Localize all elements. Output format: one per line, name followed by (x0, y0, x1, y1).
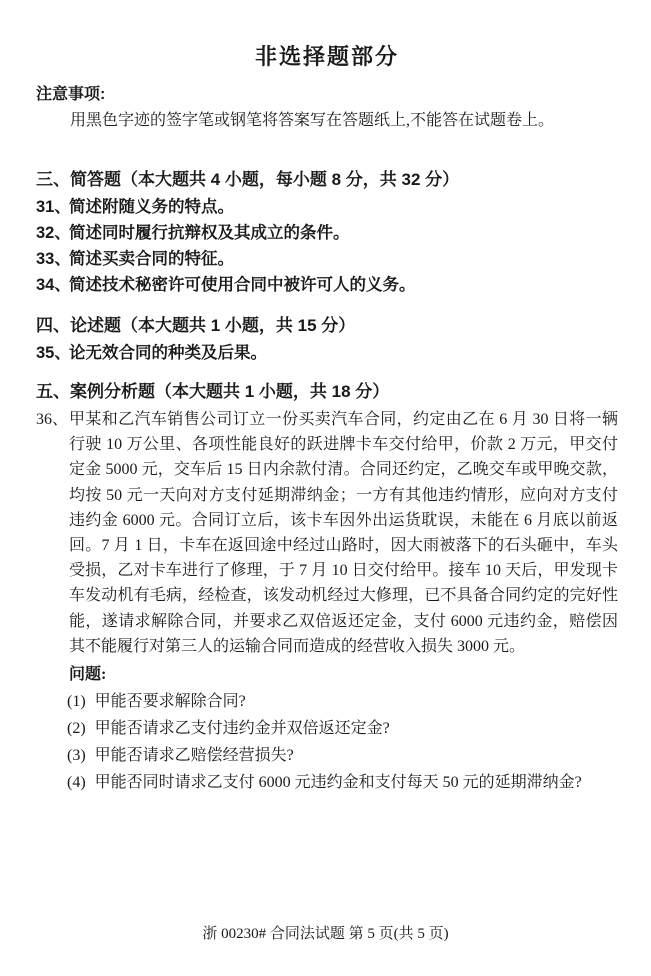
case-subquestion-1: (1) 甲能否要求解除合同? (67, 692, 618, 712)
question-number: 32、 (36, 223, 69, 243)
subquestion-text: 甲能否同时请求乙支付 6000 元违约金和支付每天 50 元的延期滞纳金? (95, 773, 582, 793)
subquestion-number: (1) (67, 692, 86, 712)
subquestion-text: 甲能否要求解除合同? (95, 692, 246, 712)
subquestion-number: (4) (67, 773, 86, 793)
exam-paper-page: 非选择题部分 注意事项: 用黑色字迹的签字笔或钢笔将答案写在答题纸上,不能答在试… (0, 0, 651, 976)
question-text: 简述技术秘密许可使用合同中被许可人的义务。 (69, 275, 416, 295)
question-text: 简述附随义务的特点。 (69, 197, 234, 217)
section-case-analysis: 五、案例分析题（本大题共 1 小题，共 18 分） (36, 381, 618, 403)
case-questions-label: 问题: (69, 665, 618, 685)
question-text: 简述买卖合同的特征。 (69, 249, 234, 269)
subquestion-number: (3) (67, 746, 86, 766)
subquestion-number: (2) (67, 719, 86, 739)
section-case-analysis-heading: 五、案例分析题（本大题共 1 小题，共 18 分） (36, 381, 618, 403)
notice-text: 用黑色字迹的签字笔或钢笔将答案写在答题纸上,不能答在试题卷上。 (70, 111, 618, 131)
question-item-34: 34、 简述技术秘密许可使用合同中被许可人的义务。 (36, 275, 618, 295)
case-paragraph: 36、 甲某和乙汽车销售公司订立一份买卖汽车合同，约定由乙在 6 月 30 日将… (36, 407, 618, 659)
section-essay: 四、论述题（本大题共 1 小题，共 15 分） 35、 论无效合同的种类及后果。 (36, 315, 618, 363)
question-item-32: 32、 简述同时履行抗辩权及其成立的条件。 (36, 223, 618, 243)
question-item-31: 31、 简述附随义务的特点。 (36, 197, 618, 217)
section-short-answer-heading: 三、简答题（本大题共 4 小题，每小题 8 分，共 32 分） (36, 169, 618, 191)
question-item-33: 33、 简述买卖合同的特征。 (36, 249, 618, 269)
question-number: 36、 (36, 407, 69, 659)
page-title: 非选择题部分 (36, 0, 618, 69)
question-number: 33、 (36, 249, 69, 269)
page-footer: 浙 00230# 合同法试题 第 5 页(共 5 页) (0, 926, 651, 943)
case-body-text: 甲某和乙汽车销售公司订立一份买卖汽车合同，约定由乙在 6 月 30 日将一辆行驶… (69, 407, 618, 659)
case-question-36: 36、 甲某和乙汽车销售公司订立一份买卖汽车合同，约定由乙在 6 月 30 日将… (36, 407, 618, 793)
subquestion-text: 甲能否请求乙赔偿经营损失? (95, 746, 294, 766)
section-short-answer: 三、简答题（本大题共 4 小题，每小题 8 分，共 32 分） 31、 简述附随… (36, 169, 618, 295)
question-item-35: 35、 论无效合同的种类及后果。 (36, 343, 618, 363)
question-number: 31、 (36, 197, 69, 217)
case-subquestion-3: (3) 甲能否请求乙赔偿经营损失? (67, 746, 618, 766)
question-number: 34、 (36, 275, 69, 295)
question-text: 论无效合同的种类及后果。 (69, 343, 267, 363)
case-subquestion-4: (4) 甲能否同时请求乙支付 6000 元违约金和支付每天 50 元的延期滞纳金… (67, 773, 618, 793)
subquestion-text: 甲能否请求乙支付违约金并双倍返还定金? (95, 719, 390, 739)
notice-label: 注意事项: (36, 86, 618, 104)
section-essay-heading: 四、论述题（本大题共 1 小题，共 15 分） (36, 315, 618, 337)
question-number: 35、 (36, 343, 69, 363)
case-subquestion-2: (2) 甲能否请求乙支付违约金并双倍返还定金? (67, 719, 618, 739)
question-text: 简述同时履行抗辩权及其成立的条件。 (69, 223, 350, 243)
